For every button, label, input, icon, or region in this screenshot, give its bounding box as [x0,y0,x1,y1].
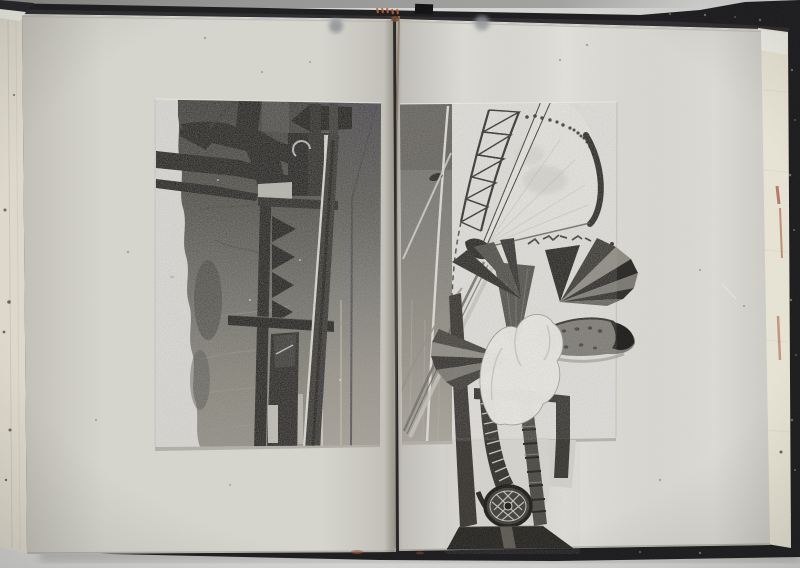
photo-of-open-book [0,0,800,568]
vignette [0,0,800,568]
book-photograph [0,0,800,568]
